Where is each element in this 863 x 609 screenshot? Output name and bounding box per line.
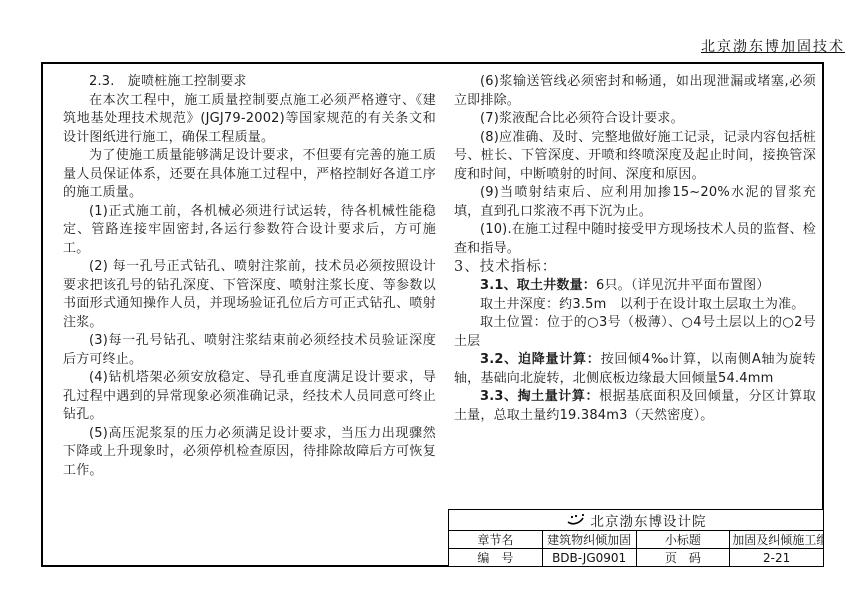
chapter-name-value: 建筑物纠倾加固 [542, 531, 636, 549]
subtitle-value: 加固及纠倾施工组织方案 [730, 531, 824, 549]
title-block-company-cell: 北京渤东博设计院 [449, 509, 824, 531]
paragraph: (1)正式施工前，各机械必须进行试运转，待各机械性能稳定、管路连接牢固密封,各运… [63, 203, 436, 259]
spec-item: 3.1、取土井数量：6只。（详见沉井平面布置图） [454, 277, 816, 296]
number-label: 编 号 [449, 549, 543, 567]
left-column: 2.3. 旋喷桩施工控制要求 在本次工程中，施工质量控制要点施工必须严格遵守、《… [63, 73, 436, 480]
number-value: BDB-JG0901 [542, 549, 636, 567]
spec-item: 取土井深度：约3.5m 以利于在设计取土层取土为准。 [454, 296, 816, 315]
company-name: 北京渤东博设计院 [591, 510, 707, 530]
page-value: 2-21 [730, 549, 824, 567]
spec-item-text: 取土井深度：约3.5m 以利于在设计取土层取土为准。 [480, 297, 805, 312]
paragraph: (6)浆输送管线必须密封和畅通，如出现泄漏或堵塞,必须立即排除。 [454, 73, 816, 110]
spec-item-label: 3.3、掏土量计算： [480, 389, 599, 404]
spec-item-text: 取土位置：位于的○3号（极薄）、○4号土层以上的○2号土层 [454, 315, 816, 349]
paragraph: (5)高压泥浆泵的压力必须满足设计要求，当压力出现骤然下降或上升现象时，必须停机… [63, 425, 436, 481]
spec-item: 3.3、掏土量计算：根据基底面积及回倾量，分区计算取土量，总取土量约19.384… [454, 388, 816, 425]
page-label: 页 码 [636, 549, 730, 567]
paragraph: 为了使施工质量能够满足设计要求，不但要有完善的施工质量人员保证体系，还要在具体施… [63, 147, 436, 203]
spec-item-label: 3.2、迫降量计算： [480, 352, 601, 367]
page-header-title: 北京渤东博加固技术 [701, 36, 845, 56]
two-column-text: 2.3. 旋喷桩施工控制要求 在本次工程中，施工质量控制要点施工必须严格遵守、《… [43, 64, 822, 480]
section-heading-3: 3、技术指标： [454, 258, 816, 277]
paragraph: (9)当喷射结束后、应利用加掺15~20%水泥的冒浆充填，直到孔口浆液不再下沉为… [454, 184, 816, 221]
paragraph: (8)应准确、及时、完整地做好施工记录，记录内容包括桩号、桩长、下管深度、开喷和… [454, 129, 816, 185]
right-column: (6)浆输送管线必须密封和畅通，如出现泄漏或堵塞,必须立即排除。 (7)浆液配合… [454, 73, 816, 480]
paragraph: (10).在施工过程中随时接受甲方现场技术人员的监督、检查和指导。 [454, 221, 816, 258]
paragraph: (2) 每一孔号正式钻孔、喷射注浆前，技术员必须按照设计要求把该孔号的钻孔深度、… [63, 258, 436, 332]
paragraph: (3)每一孔号钻孔、喷射注浆结束前必须经技术员验证深度后方可终止。 [63, 332, 436, 369]
spec-item: 取土位置：位于的○3号（极薄）、○4号土层以上的○2号土层 [454, 314, 816, 351]
paragraph: (4)钻机塔架必须安放稳定、导孔垂直度满足设计要求，导孔过程中遇到的异常现象必须… [63, 369, 436, 425]
subtitle-label: 小标题 [636, 531, 730, 549]
paragraph: (7)浆液配合比必须符合设计要求。 [454, 110, 816, 129]
spec-item: 3.2、迫降量计算：按回倾4‰计算，以南侧A轴为旋转轴，基础向北旋转，北侧底板边… [454, 351, 816, 388]
company-logo-icon [566, 513, 586, 526]
chapter-name-label: 章节名 [449, 531, 543, 549]
title-block-table: 北京渤东博设计院 章节名 建筑物纠倾加固 小标题 加固及纠倾施工组织方案 编 号… [448, 509, 824, 568]
document-frame: 2.3. 旋喷桩施工控制要求 在本次工程中，施工质量控制要点施工必须严格遵守、《… [41, 62, 824, 567]
spec-item-label: 3.1、取土井数量： [480, 278, 596, 293]
spec-item-text: 6只。（详见沉井平面布置图） [596, 278, 770, 293]
section-heading-2-3: 2.3. 旋喷桩施工控制要求 [63, 73, 436, 92]
paragraph: 在本次工程中，施工质量控制要点施工必须严格遵守、《建筑地基处理技术规范》(JGJ… [63, 92, 436, 148]
